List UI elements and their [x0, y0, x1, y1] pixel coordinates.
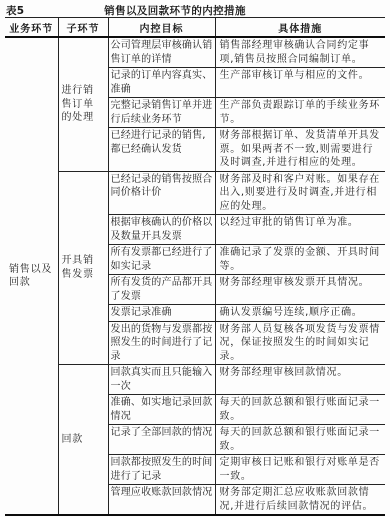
goal-cell: 发票记录准确 [108, 305, 215, 322]
col-header-business-step: 业务环节 [5, 18, 58, 38]
goal-cell: 公司管理层审核确认销售订单的详情 [108, 37, 215, 68]
measure-cell: 定期审核日记账和银行对账单是否一致。 [215, 455, 385, 485]
goal-cell: 所有发票都已经进行了如实记录 [108, 245, 215, 275]
internal-control-table: 业务环节 子环节 内控目标 具体措施 销售以及回款 进行销售订单的处理 公司管理… [5, 17, 385, 516]
measure-cell: 财务部经理审核发票开具情况。 [215, 275, 385, 305]
sub-step-cell: 回款 [58, 365, 108, 516]
measure-cell: 每天的回款总额和银行账面记录一致。 [215, 425, 385, 455]
header-row: 业务环节 子环节 内控目标 具体措施 [5, 18, 385, 38]
goal-cell: 管理应收账款回款情况 [108, 485, 215, 516]
table-titlebar: 表5 销售以及回款环节的内控措施 [5, 3, 385, 16]
measure-cell: 销售部经理审核确认合同约定事项,销售员按照合同编制订单。 [215, 37, 385, 68]
sub-step-cell: 进行销售订单的处理 [58, 37, 108, 171]
measure-cell: 以经过审批的销售订单为准。 [215, 215, 385, 245]
goal-cell: 发出的货物与发票都按照发生的时间进行了记录 [108, 321, 215, 365]
table-row: 销售以及回款 进行销售订单的处理 公司管理层审核确认销售订单的详情 销售部经理审… [5, 37, 385, 68]
measure-cell: 财务部人员复核各项发货与发票情况，保证按照发生的时间如实记录。 [215, 321, 385, 365]
measure-cell: 确认发票编号连续,顺序正确。 [215, 305, 385, 322]
col-header-sub-step: 子环节 [58, 18, 108, 38]
measure-cell: 每天的回款总额和银行账面记录一致。 [215, 395, 385, 425]
col-header-control-goal: 内控目标 [108, 18, 215, 38]
document-page: 表5 销售以及回款环节的内控措施 业务环节 子环节 内控目标 具体措施 销售以及… [0, 0, 390, 516]
measure-cell: 财务部定期汇总应收账款回款情况,并进行后续回款情况的评估。 [215, 485, 385, 516]
goal-cell: 回款真实而且只能输入一次 [108, 365, 215, 395]
goal-cell: 完整记录销售订单并进行后续业务环节 [108, 98, 215, 128]
measure-cell: 准确记录了发票的金额、开具时间等。 [215, 245, 385, 275]
measure-cell: 生产部负责跟踪订单的手续业务环节。 [215, 98, 385, 128]
goal-cell: 已经记录的销售按照合同价格计价 [108, 171, 215, 215]
goal-cell: 已经进行记录的销售,都已经确认发货 [108, 128, 215, 172]
business-step-cell: 销售以及回款 [5, 37, 58, 515]
goal-cell: 准确、如实地记录回款情况 [108, 395, 215, 425]
table-row: 开具销售发票 已经记录的销售按照合同价格计价 财务部及时和客户对账。如果存在出入… [5, 171, 385, 215]
table-caption: 销售以及回款环节的内控措施 [45, 3, 305, 18]
goal-cell: 回款都按照发生的时间进行了记录 [108, 455, 215, 485]
goal-cell: 所有发货的产品都开具了发票 [108, 275, 215, 305]
col-header-specific-measure: 具体措施 [215, 18, 385, 38]
sub-step-cell: 开具销售发票 [58, 171, 108, 365]
measure-cell: 财务部经理审核回款情况。 [215, 365, 385, 395]
measure-cell: 生产部审核订单与相应的文件。 [215, 68, 385, 98]
measure-cell: 财务部根据订单、发货清单开具发票。如果两者不一致,则需要进行及时调查,并进行相应… [215, 128, 385, 172]
table-row: 回款 回款真实而且只能输入一次 财务部经理审核回款情况。 [5, 365, 385, 395]
measure-cell: 财务部及时和客户对账。如果存在出入,则要进行及时调查,并进行相应的处理。 [215, 171, 385, 215]
goal-cell: 记录的订单内容真实、准确 [108, 68, 215, 98]
table-number: 表5 [6, 3, 24, 18]
goal-cell: 记录了全部回款的情况 [108, 425, 215, 455]
goal-cell: 根据审核确认的价格以及数量开具发票 [108, 215, 215, 245]
